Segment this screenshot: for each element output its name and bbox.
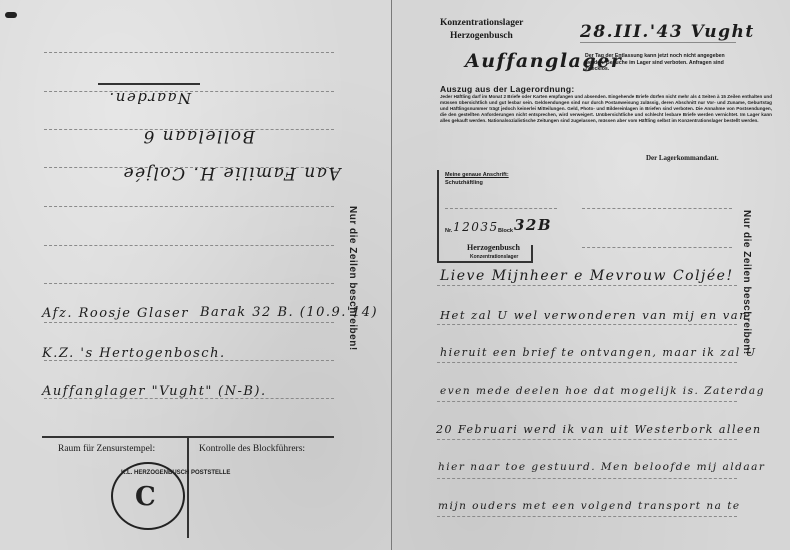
address-recipient: Aan Familie H. Coljée xyxy=(122,163,341,183)
camp-rules-text: Jeder Häftling darf im Monat 2 Briefe od… xyxy=(440,94,772,124)
address-box-border-bottom xyxy=(437,261,532,263)
rules-title: Auszug aus der Lagerordnung: xyxy=(440,84,575,94)
ruled-line xyxy=(437,478,737,479)
address-box-city: Herzogenbusch xyxy=(467,243,520,252)
address-box-camp: Konzentrationslager xyxy=(470,254,518,260)
nr-label: Nr. xyxy=(445,228,452,234)
block-label: Block xyxy=(498,228,513,234)
underline-stroke xyxy=(98,83,200,85)
sender-region: (N-B). xyxy=(218,384,267,399)
ruled-line xyxy=(44,52,334,53)
block-number: 32B xyxy=(514,216,552,234)
address-street: Bollelaan 6 xyxy=(142,126,255,146)
censor-stamp: C K.L. HERZOGENBUSCH POSTSTELLE xyxy=(111,462,185,530)
ruled-line xyxy=(437,401,737,402)
ruled-line xyxy=(44,245,334,246)
ruled-line xyxy=(437,285,737,286)
address-line xyxy=(445,208,557,209)
address-box-label: Meine genaue Anschrift: xyxy=(445,172,509,178)
sender-name: Afz. Roosje Glaser xyxy=(42,306,189,321)
letter-line: Lieve Mijnheer e Mevrouw Coljée! xyxy=(440,268,734,284)
letter-line: hieruit een brief te ontvangen, maar ik … xyxy=(440,346,757,359)
ruled-line xyxy=(437,516,737,517)
address-box-border-left xyxy=(437,170,439,262)
letter-line: Het zal U wel verwonderen van mij en van xyxy=(440,308,748,322)
left-page: Naarden. Bollelaan 6 Aan Familie H. Colj… xyxy=(0,0,392,550)
ruled-line xyxy=(437,324,737,325)
address-city: Naarden. xyxy=(108,89,191,107)
sender-camp: K.Z. 's Hertogenbosch. xyxy=(42,346,226,361)
letter-line: mijn ouders met een volgend transport na… xyxy=(438,500,741,512)
blockleader-label: Kontrolle des Blockführers: xyxy=(199,444,305,454)
camp-header-line2: Herzogenbusch xyxy=(450,31,513,41)
letter-line: hier naar toe gestuurd. Men beloofde mij… xyxy=(438,461,765,473)
ink-blot xyxy=(5,12,17,18)
vertical-instruction: Nur die Zeilen beschreiben! xyxy=(347,206,358,351)
ruled-line xyxy=(44,283,334,284)
address-box-border-right xyxy=(531,245,533,263)
handwritten-date: 28.III.'43 Vught xyxy=(580,22,755,42)
ruled-line xyxy=(437,439,737,440)
vertical-instruction: Nur die Zeilen beschreiben! xyxy=(741,210,752,355)
sender-barrack: Barak 32 B. (10.9.'14) xyxy=(200,305,378,320)
letter-line: even mede deelen hoe dat mogelijk is. Za… xyxy=(440,385,765,397)
stamp-text: K.L. HERZOGENBUSCH POSTSTELLE xyxy=(121,470,177,476)
camp-header-line1: Konzentrationslager xyxy=(440,18,523,28)
letter-line: 20 Februari werd ik van uit Westerbork a… xyxy=(436,423,762,436)
form-divider-vertical xyxy=(187,436,189,538)
visit-note: Der Tag der Entlassung kann jetzt noch n… xyxy=(585,53,733,73)
ruled-line xyxy=(582,208,732,209)
ruled-line xyxy=(44,322,334,323)
ruled-line xyxy=(582,247,732,248)
ruled-line xyxy=(437,362,737,363)
date-line xyxy=(580,42,736,43)
stamp-center-glyph: C xyxy=(135,482,156,512)
sender-location: Auffanglager "Vught" xyxy=(42,384,213,399)
censor-stamp-label: Raum für Zensurstempel: xyxy=(58,444,155,454)
prisoner-status-label: Schutzhäftling xyxy=(445,180,483,186)
commandant-signature: Der Lagerkommandant. xyxy=(646,154,719,162)
ruled-line xyxy=(44,206,334,207)
prisoner-number: 12035 xyxy=(453,220,499,234)
